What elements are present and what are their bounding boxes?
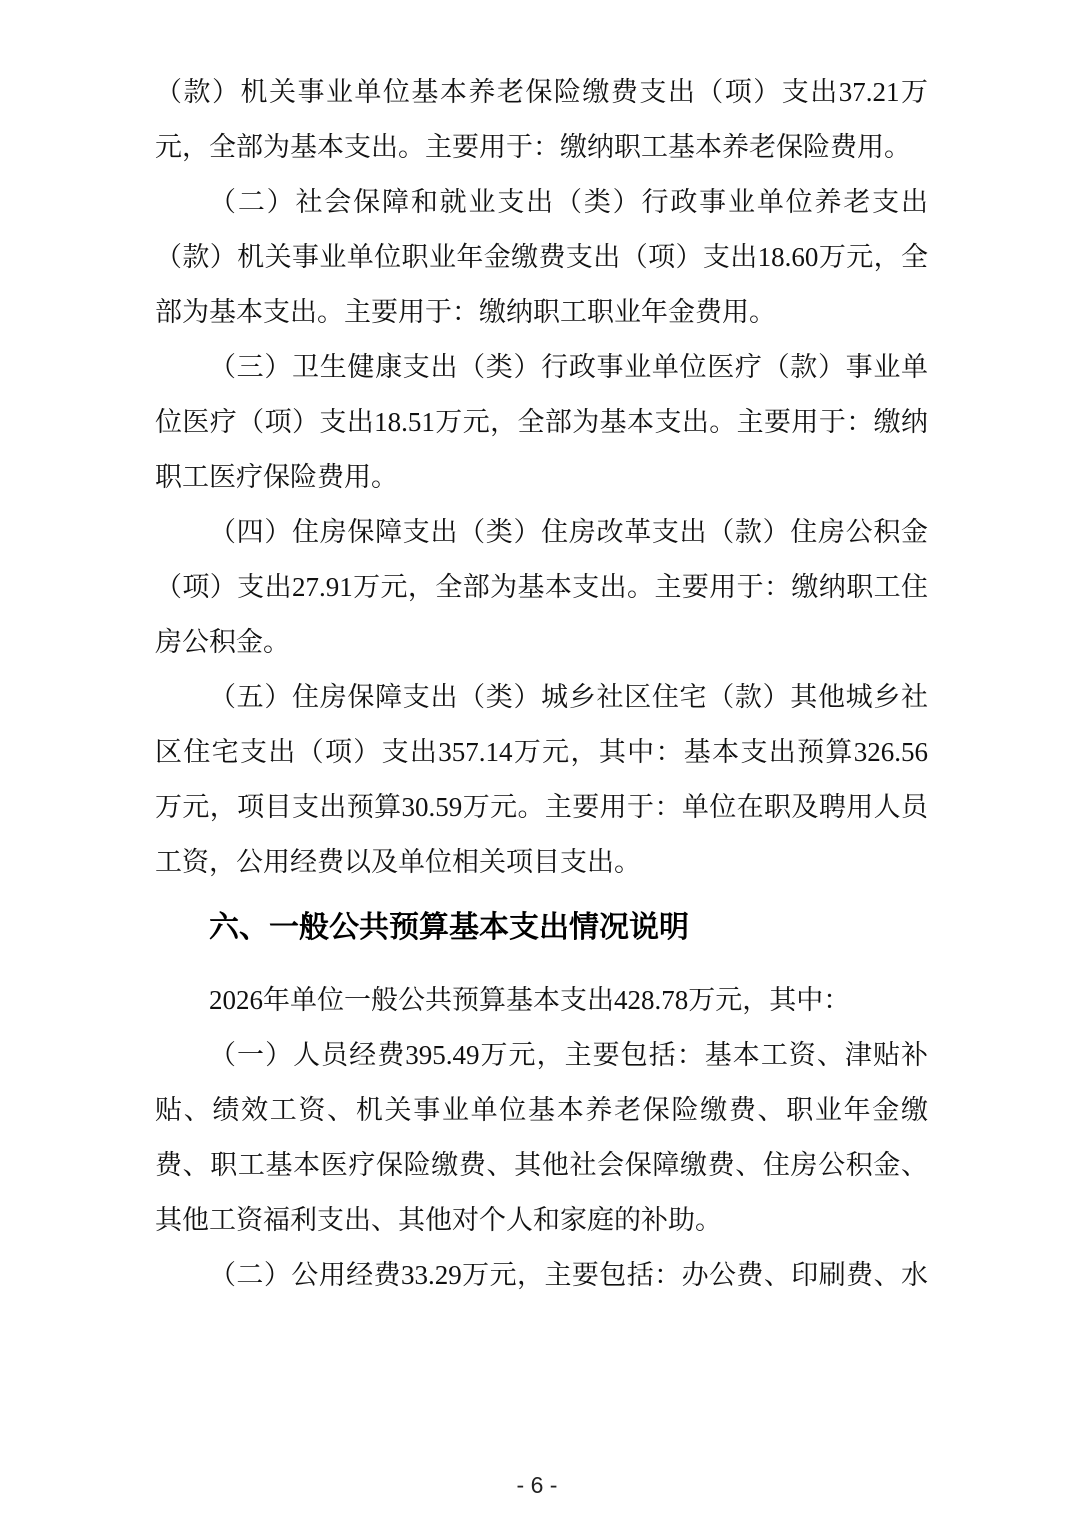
text-line: （三）卫生健康支出（类）行政事业单位医疗（款）事业单 [155, 340, 928, 395]
text-line: 2026年单位一般公共预算基本支出428.78万元，其中： [155, 973, 928, 1028]
text-line: （二）社会保障和就业支出（类）行政事业单位养老支出 [155, 175, 928, 230]
paragraph-medical: （三）卫生健康支出（类）行政事业单位医疗（款）事业单 位医疗（项）支出18.51… [155, 340, 928, 505]
paragraph-pension-continuation: （款）机关事业单位基本养老保险缴费支出（项）支出37.21万 元，全部为基本支出… [155, 65, 928, 175]
text-line: 其他工资福利支出、其他对个人和家庭的补助。 [155, 1193, 928, 1248]
paragraph-personnel-funds: （一）人员经费395.49万元，主要包括：基本工资、津贴补 贴、绩效工资、机关事… [155, 1028, 928, 1248]
text-body: （款）机关事业单位基本养老保险缴费支出（项）支出37.21万 元，全部为基本支出… [155, 65, 928, 1303]
paragraph-annuity: （二）社会保障和就业支出（类）行政事业单位养老支出 （款）机关事业单位职业年金缴… [155, 175, 928, 340]
text-line: 区住宅支出（项）支出357.14万元，其中：基本支出预算326.56 [155, 725, 928, 780]
paragraph-basic-expenditure-total: 2026年单位一般公共预算基本支出428.78万元，其中： [155, 973, 928, 1028]
page-number: - 6 - [0, 1472, 1074, 1499]
text-line: （四）住房保障支出（类）住房改革支出（款）住房公积金 [155, 505, 928, 560]
text-line: （一）人员经费395.49万元，主要包括：基本工资、津贴补 [155, 1028, 928, 1083]
paragraph-housing-other: （五）住房保障支出（类）城乡社区住宅（款）其他城乡社 区住宅支出（项）支出357… [155, 670, 928, 890]
text-line: 部为基本支出。主要用于：缴纳职工职业年金费用。 [155, 285, 928, 340]
text-line: 元，全部为基本支出。主要用于：缴纳职工基本养老保险费用。 [155, 120, 928, 175]
text-line: 工资，公用经费以及单位相关项目支出。 [155, 835, 928, 890]
text-line: 位医疗（项）支出18.51万元，全部为基本支出。主要用于：缴纳 [155, 395, 928, 450]
document-page: （款）机关事业单位基本养老保险缴费支出（项）支出37.21万 元，全部为基本支出… [0, 0, 1074, 1520]
text-line: 房公积金。 [155, 615, 928, 670]
text-line: 职工医疗保险费用。 [155, 450, 928, 505]
text-line: （款）机关事业单位基本养老保险缴费支出（项）支出37.21万 [155, 65, 928, 120]
paragraph-housing-fund: （四）住房保障支出（类）住房改革支出（款）住房公积金 （项）支出27.91万元，… [155, 505, 928, 670]
text-line: （五）住房保障支出（类）城乡社区住宅（款）其他城乡社 [155, 670, 928, 725]
text-line: 贴、绩效工资、机关事业单位基本养老保险缴费、职业年金缴 [155, 1083, 928, 1138]
text-line: （二）公用经费33.29万元，主要包括：办公费、印刷费、水 [155, 1248, 928, 1303]
text-line: 费、职工基本医疗保险缴费、其他社会保障缴费、住房公积金、 [155, 1138, 928, 1193]
paragraph-public-funds: （二）公用经费33.29万元，主要包括：办公费、印刷费、水 [155, 1248, 928, 1303]
text-line: （款）机关事业单位职业年金缴费支出（项）支出18.60万元，全 [155, 230, 928, 285]
text-line: 万元，项目支出预算30.59万元。主要用于：单位在职及聘用人员 [155, 780, 928, 835]
text-line: （项）支出27.91万元，全部为基本支出。主要用于：缴纳职工住 [155, 560, 928, 615]
section-six-heading: 六、一般公共预算基本支出情况说明 [155, 900, 928, 955]
